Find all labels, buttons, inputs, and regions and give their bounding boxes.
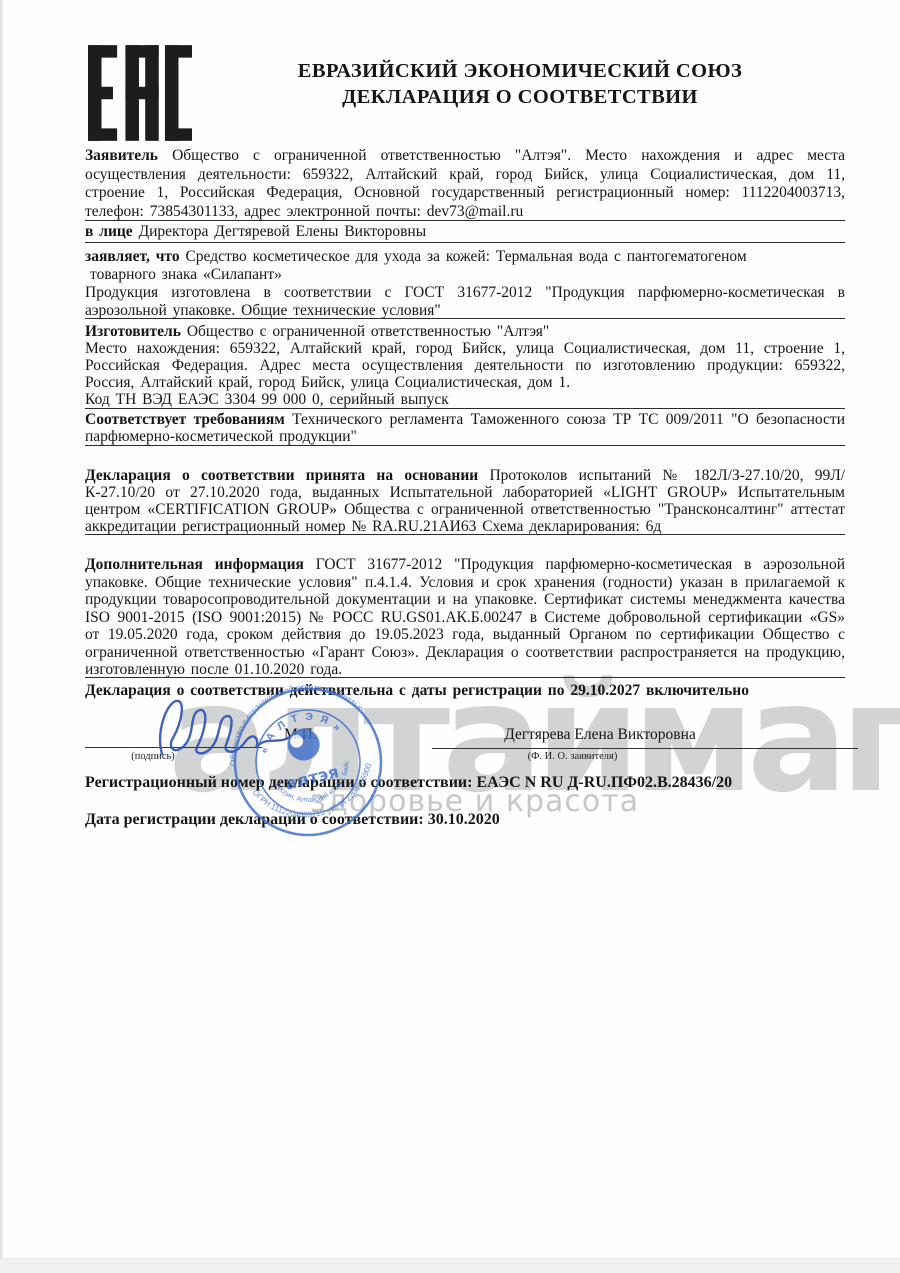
section-applicant: Заявитель Общество с ограниченной ответс…: [85, 147, 845, 221]
additional-text: ГОСТ 31677-2012 "Продукция парфюмерно-ко…: [85, 556, 845, 678]
stamp-logo-drop-icon: [284, 725, 323, 764]
conforms-label: Соответствует требованиям: [85, 411, 285, 428]
declaration-document: алтаймаг здоровье и красота ЕВРАЗИЙСКИЙ …: [0, 0, 900, 1273]
document-title: ЕВРАЗИЙСКИЙ ЭКОНОМИЧЕСКИЙ СОЮЗ ДЕКЛАРАЦИ…: [235, 58, 805, 110]
declares-made: Продукция изготовлена в соответствии с Г…: [85, 284, 845, 320]
manufacturer-label: Изготовитель: [85, 323, 181, 340]
registration-date-value: 30.10.2020: [428, 811, 500, 828]
title-union: ЕВРАЗИЙСКИЙ ЭКОНОМИЧЕСКИЙ СОЮЗ: [235, 58, 805, 84]
section-manufacturer: Изготовитель Общество с ограниченной отв…: [85, 323, 845, 409]
declares-label: заявляет, что: [85, 248, 180, 265]
registration-date-line: Дата регистрации декларации о соответств…: [85, 811, 845, 829]
section-additional-info: Дополнительная информация ГОСТ 31677-201…: [85, 556, 845, 678]
section-conforms: Соответствует требованиям Технического р…: [85, 412, 845, 446]
manufacturer-name: Общество с ограниченной ответственностью…: [187, 323, 549, 340]
basis-label: Декларация о соответствии принята на осн…: [85, 467, 478, 484]
company-round-stamp: Общество с ограниченной ответственностью…: [222, 676, 394, 853]
section-basis: Декларация о соответствии принята на осн…: [85, 467, 845, 535]
applicant-fullname: Дегтярева Елена Викторовна: [455, 726, 745, 744]
in-person-text: Директора Дегтяревой Елены Викторовны: [139, 223, 427, 240]
section-in-person: в лице Директора Дегтяревой Елены Виктор…: [85, 223, 845, 243]
fullname-caption: (Ф. И. О. заявителя): [485, 751, 660, 762]
manufacturer-code: Код ТН ВЭД ЕАЭС 3304 99 000 0, серийный …: [85, 391, 845, 408]
eac-conformity-mark-icon: [88, 45, 192, 146]
applicant-label: Заявитель: [85, 147, 158, 164]
applicant-text: Общество с ограниченной ответственностью…: [85, 147, 845, 220]
scan-edge-left: [0, 0, 4, 1273]
title-declaration: ДЕКЛАРАЦИЯ О СООТВЕТСТВИИ: [235, 84, 805, 110]
manufacturer-address: Место нахождения: 659322, Алтайский край…: [85, 340, 845, 391]
in-person-label: в лице: [85, 223, 133, 240]
additional-label: Дополнительная информация: [85, 556, 304, 573]
registration-number-value: ЕАЭС N RU Д-RU.ПФ02.В.28436/20: [476, 774, 732, 791]
declares-product: Средство косметическое для ухода за коже…: [185, 248, 746, 265]
declares-trademark: товарного знака «Силапант»: [85, 266, 845, 284]
scan-edge-bottom: [0, 1258, 900, 1273]
fullname-line: [432, 748, 858, 749]
section-declares: заявляет, что Средство косметическое для…: [85, 248, 845, 319]
